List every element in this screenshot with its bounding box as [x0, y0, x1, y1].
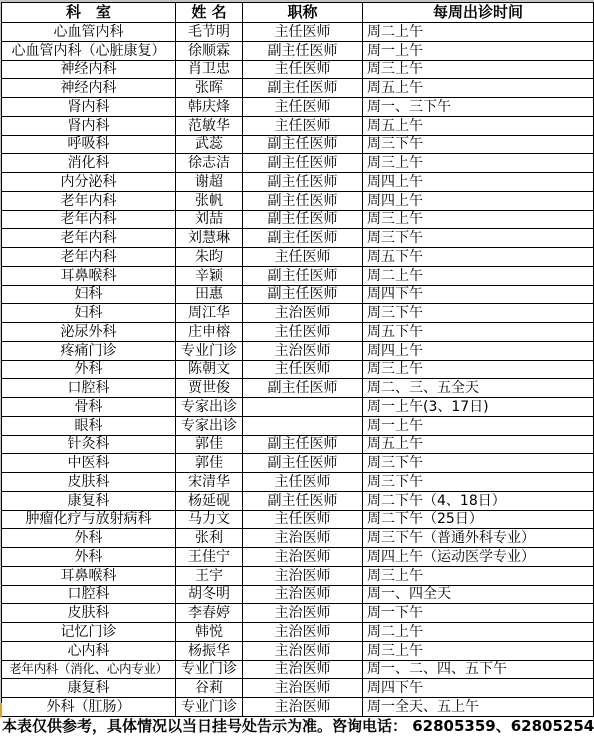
schedule-cell: 周四下午 — [363, 285, 594, 304]
title-cell: 主治医师 — [243, 341, 363, 360]
table-row: 记忆门诊韩悦主治医师周二上午 — [2, 623, 594, 642]
title-cell: 主任医师 — [243, 473, 363, 492]
department-cell: 外科 — [2, 529, 176, 548]
schedule-cell: 周三上午 — [363, 641, 594, 660]
name-cell: 徐顺霖 — [176, 41, 243, 60]
department-cell: 肿瘤化疗与放射病科 — [2, 510, 176, 529]
title-cell: 副主任医师 — [243, 173, 363, 192]
table-row: 肾内科韩庆烽主任医师周一、三下午 — [2, 98, 594, 117]
name-cell: 朱昀 — [176, 248, 243, 267]
department-cell: 皮肤科 — [2, 604, 176, 623]
department-cell: 心血管内科（心脏康复） — [2, 41, 176, 60]
column-header-schedule: 每周出诊时间 — [363, 3, 594, 23]
title-cell: 主治医师 — [243, 304, 363, 323]
schedule-cell: 周五上午 — [363, 79, 594, 98]
column-header-name: 姓 名 — [176, 3, 243, 23]
department-cell: 康复科 — [2, 491, 176, 510]
table-row: 疼痛门诊专业门诊主治医师周四上午 — [2, 341, 594, 360]
title-cell: 主治医师 — [243, 679, 363, 698]
department-cell: 妇科 — [2, 285, 176, 304]
department-cell: 记忆门诊 — [2, 623, 176, 642]
table-row: 皮肤科宋清华主任医师周三下午 — [2, 473, 594, 492]
department-cell: 外科（肛肠） — [2, 698, 176, 717]
table-row: 外科（肛肠）专业门诊主治医师周一全天、五上午 — [2, 698, 594, 717]
department-cell: 皮肤科 — [2, 473, 176, 492]
name-cell: 张利 — [176, 529, 243, 548]
schedule-cell: 周三下午 — [363, 454, 594, 473]
table-row: 外科王佳宁主治医师周四上午（运动医学专业） — [2, 548, 594, 567]
department-cell: 老年内科 — [2, 191, 176, 210]
schedule-cell: 周三下午 — [363, 473, 594, 492]
schedule-cell: 周四上午 — [363, 173, 594, 192]
title-cell: 主治医师 — [243, 529, 363, 548]
schedule-cell: 周四上午（运动医学专业） — [363, 548, 594, 567]
schedule-cell: 周一下午 — [363, 604, 594, 623]
name-cell: 辛颖 — [176, 266, 243, 285]
schedule-cell: 周四上午 — [363, 191, 594, 210]
table-row: 外科张利主治医师周三下午（普通外科专业） — [2, 529, 594, 548]
title-cell: 主治医师 — [243, 604, 363, 623]
name-cell: 专家出诊 — [176, 416, 243, 435]
department-cell: 神经内科 — [2, 60, 176, 79]
table-row: 皮肤科李春婷主治医师周一下午 — [2, 604, 594, 623]
department-cell: 心血管内科 — [2, 23, 176, 42]
name-cell: 张帆 — [176, 191, 243, 210]
title-cell: 副主任医师 — [243, 285, 363, 304]
name-cell: 庄申榕 — [176, 323, 243, 342]
schedule-cell: 周三上午 — [363, 154, 594, 173]
title-cell: 主任医师 — [243, 60, 363, 79]
schedule-cell: 周三下午 — [363, 135, 594, 154]
schedule-cell: 周四上午 — [363, 341, 594, 360]
department-cell: 疼痛门诊 — [2, 341, 176, 360]
schedule-cell: 周一上午(3、17日) — [363, 398, 594, 417]
table-row: 眼科专家出诊周一上午 — [2, 416, 594, 435]
table-row: 口腔科贾世俊副主任医师周二、三、五全天 — [2, 379, 594, 398]
title-cell: 副主任医师 — [243, 435, 363, 454]
schedule-cell: 周一上午 — [363, 416, 594, 435]
table-row: 消化科徐志洁副主任医师周三上午 — [2, 154, 594, 173]
schedule-cell: 周三上午 — [363, 360, 594, 379]
title-cell: 主任医师 — [243, 360, 363, 379]
column-header-department: 科 室 — [2, 3, 176, 23]
table-row: 骨科专家出诊周一上午(3、17日) — [2, 398, 594, 417]
name-cell: 武蕊 — [176, 135, 243, 154]
table-row: 泌尿外科庄申榕主任医师周五下午 — [2, 323, 594, 342]
title-cell: 主任医师 — [243, 510, 363, 529]
schedule-cell: 周一、二、四、五下午 — [363, 660, 594, 679]
department-cell: 心内科 — [2, 641, 176, 660]
name-cell: 刘喆 — [176, 210, 243, 229]
table-row: 康复科谷莉主治医师周四下午 — [2, 679, 594, 698]
name-cell: 陈朝文 — [176, 360, 243, 379]
schedule-cell: 周三下午（普通外科专业） — [363, 529, 594, 548]
name-cell: 毛节明 — [176, 23, 243, 42]
title-cell: 副主任医师 — [243, 210, 363, 229]
table-row: 口腔科胡冬明主治医师周一、四全天 — [2, 585, 594, 604]
name-cell: 范敏华 — [176, 116, 243, 135]
department-cell: 康复科 — [2, 679, 176, 698]
department-cell: 老年内科 — [2, 210, 176, 229]
title-cell: 副主任医师 — [243, 266, 363, 285]
table-row: 内分泌科谢超副主任医师周四上午 — [2, 173, 594, 192]
department-cell: 外科 — [2, 360, 176, 379]
schedule-cell: 周五下午 — [363, 248, 594, 267]
table-row: 外科陈朝文主任医师周三上午 — [2, 360, 594, 379]
table-row: 老年内科（消化、心内专业）专业门诊主治医师周一、二、四、五下午 — [2, 660, 594, 679]
table-row: 妇科周江华主治医师周三下午 — [2, 304, 594, 323]
department-cell: 神经内科 — [2, 79, 176, 98]
table-row: 神经内科肖卫忠主任医师周三上午 — [2, 60, 594, 79]
name-cell: 专业门诊 — [176, 341, 243, 360]
department-cell: 呼吸科 — [2, 135, 176, 154]
schedule-cell: 周二、三、五全天 — [363, 379, 594, 398]
name-cell: 张晖 — [176, 79, 243, 98]
title-cell: 副主任医师 — [243, 154, 363, 173]
name-cell: 胡冬明 — [176, 585, 243, 604]
table-row: 中医科郭佳副主任医师周三下午 — [2, 454, 594, 473]
department-cell: 口腔科 — [2, 379, 176, 398]
table-row: 老年内科朱昀主任医师周五下午 — [2, 248, 594, 267]
name-cell: 韩悦 — [176, 623, 243, 642]
schedule-cell: 周一全天、五上午 — [363, 698, 594, 717]
department-cell: 老年内科（消化、心内专业） — [2, 660, 176, 679]
title-cell: 主治医师 — [243, 566, 363, 585]
schedule-cell: 周二上午 — [363, 23, 594, 42]
name-cell: 杨振华 — [176, 641, 243, 660]
title-cell: 主治医师 — [243, 585, 363, 604]
name-cell: 杨延砚 — [176, 491, 243, 510]
department-cell: 内分泌科 — [2, 173, 176, 192]
name-cell: 专业门诊 — [176, 698, 243, 717]
name-cell: 专家出诊 — [176, 398, 243, 417]
name-cell: 谷莉 — [176, 679, 243, 698]
schedule-cell: 周一上午 — [363, 41, 594, 60]
title-cell: 主任医师 — [243, 248, 363, 267]
department-cell: 肾内科 — [2, 98, 176, 117]
schedule-cell: 周三下午 — [363, 304, 594, 323]
schedule-cell: 周一、三下午 — [363, 98, 594, 117]
table-row: 心血管内科（心脏康复）徐顺霖副主任医师周一上午 — [2, 41, 594, 60]
department-cell: 肾内科 — [2, 116, 176, 135]
name-cell: 郭佳 — [176, 435, 243, 454]
table-row: 康复科杨延砚副主任医师周二下午（4、18日） — [2, 491, 594, 510]
name-cell: 贾世俊 — [176, 379, 243, 398]
name-cell: 李春婷 — [176, 604, 243, 623]
title-cell — [243, 416, 363, 435]
title-cell: 副主任医师 — [243, 135, 363, 154]
name-cell: 专业门诊 — [176, 660, 243, 679]
schedule-cell: 周三上午 — [363, 210, 594, 229]
title-cell: 副主任医师 — [243, 41, 363, 60]
title-cell: 主任医师 — [243, 98, 363, 117]
table-row: 心内科杨振华主治医师周三上午 — [2, 641, 594, 660]
title-cell: 副主任医师 — [243, 79, 363, 98]
title-cell: 主治医师 — [243, 660, 363, 679]
department-cell: 耳鼻喉科 — [2, 266, 176, 285]
title-cell: 副主任医师 — [243, 379, 363, 398]
department-cell: 骨科 — [2, 398, 176, 417]
name-cell: 王宇 — [176, 566, 243, 585]
last-row-highlight-mark — [0, 703, 2, 717]
department-cell: 泌尿外科 — [2, 323, 176, 342]
table-row: 肿瘤化疗与放射病科马力文主任医师周二下午（25日） — [2, 510, 594, 529]
schedule-cell: 周五下午 — [363, 323, 594, 342]
schedule-cell: 周二上午 — [363, 623, 594, 642]
title-cell: 副主任医师 — [243, 191, 363, 210]
name-cell: 宋清华 — [176, 473, 243, 492]
title-cell: 主任医师 — [243, 116, 363, 135]
schedule-cell: 周三上午 — [363, 60, 594, 79]
table-row: 肾内科范敏华主任医师周五上午 — [2, 116, 594, 135]
name-cell: 田惠 — [176, 285, 243, 304]
schedule-cell: 周三上午 — [363, 566, 594, 585]
table-row: 老年内科刘喆副主任医师周三上午 — [2, 210, 594, 229]
table-row: 呼吸科武蕊副主任医师周三下午 — [2, 135, 594, 154]
table-row: 耳鼻喉科辛颖副主任医师周二上午 — [2, 266, 594, 285]
title-cell: 主治医师 — [243, 623, 363, 642]
name-cell: 谢超 — [176, 173, 243, 192]
table-row: 心血管内科毛节明主任医师周二上午 — [2, 23, 594, 42]
title-cell: 副主任医师 — [243, 454, 363, 473]
schedule-cell: 周五上午 — [363, 116, 594, 135]
department-cell: 老年内科 — [2, 229, 176, 248]
table-row: 针灸科郭佳副主任医师周五上午 — [2, 435, 594, 454]
schedule-cell: 周三下午 — [363, 229, 594, 248]
department-cell: 老年内科 — [2, 248, 176, 267]
footer-note: 本表仅供参考，具体情况以当日挂号处告示为准。咨询电话： 62805359、628… — [2, 716, 592, 736]
department-cell: 口腔科 — [2, 585, 176, 604]
outpatient-schedule-table: 科 室 姓 名 职称 每周出诊时间 心血管内科毛节明主任医师周二上午心血管内科（… — [1, 2, 594, 717]
name-cell: 王佳宁 — [176, 548, 243, 567]
table-row: 老年内科张帆副主任医师周四上午 — [2, 191, 594, 210]
column-header-title: 职称 — [243, 3, 363, 23]
department-cell: 妇科 — [2, 304, 176, 323]
name-cell: 郭佳 — [176, 454, 243, 473]
table-row: 神经内科张晖副主任医师周五上午 — [2, 79, 594, 98]
name-cell: 周江华 — [176, 304, 243, 323]
name-cell: 马力文 — [176, 510, 243, 529]
schedule-cell: 周一、四全天 — [363, 585, 594, 604]
name-cell: 韩庆烽 — [176, 98, 243, 117]
title-cell: 主任医师 — [243, 23, 363, 42]
title-cell — [243, 398, 363, 417]
schedule-cell: 周四下午 — [363, 679, 594, 698]
table-row: 老年内科刘慧琳副主任医师周三下午 — [2, 229, 594, 248]
title-cell: 副主任医师 — [243, 229, 363, 248]
title-cell: 主治医师 — [243, 698, 363, 717]
schedule-cell: 周二上午 — [363, 266, 594, 285]
header-row: 科 室 姓 名 职称 每周出诊时间 — [2, 3, 594, 23]
schedule-cell: 周五上午 — [363, 435, 594, 454]
department-cell: 耳鼻喉科 — [2, 566, 176, 585]
schedule-cell: 周二下午（4、18日） — [363, 491, 594, 510]
department-cell: 中医科 — [2, 454, 176, 473]
department-cell: 眼科 — [2, 416, 176, 435]
department-cell: 针灸科 — [2, 435, 176, 454]
schedule-cell: 周二下午（25日） — [363, 510, 594, 529]
name-cell: 肖卫忠 — [176, 60, 243, 79]
department-cell: 外科 — [2, 548, 176, 567]
title-cell: 主治医师 — [243, 548, 363, 567]
name-cell: 徐志洁 — [176, 154, 243, 173]
title-cell: 副主任医师 — [243, 491, 363, 510]
table-row: 耳鼻喉科王宇主治医师周三上午 — [2, 566, 594, 585]
department-cell: 消化科 — [2, 154, 176, 173]
table-row: 妇科田惠副主任医师周四下午 — [2, 285, 594, 304]
title-cell: 主治医师 — [243, 641, 363, 660]
name-cell: 刘慧琳 — [176, 229, 243, 248]
title-cell: 主任医师 — [243, 323, 363, 342]
